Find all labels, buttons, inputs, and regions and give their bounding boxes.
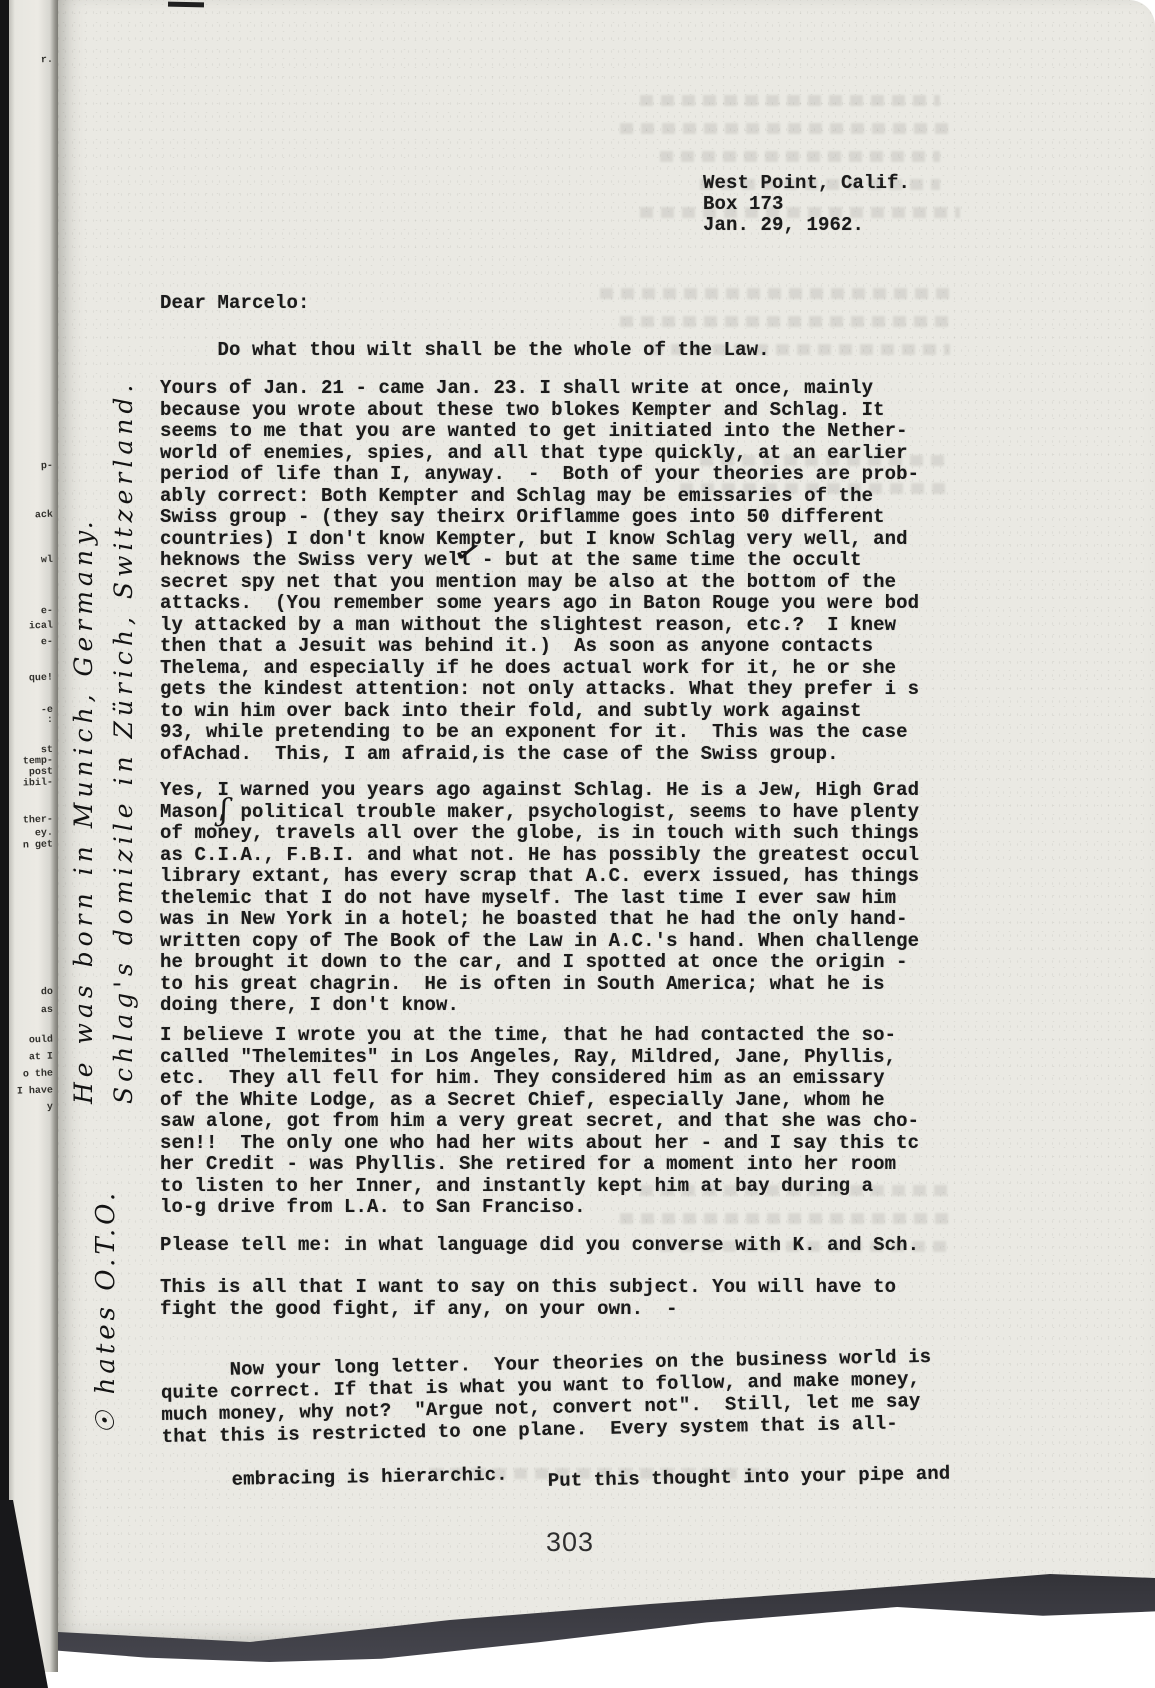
bleedthrough-line bbox=[620, 316, 950, 327]
page-edge-text-fragment: e- bbox=[41, 638, 53, 648]
page-edge-text-fragment: ibil- bbox=[23, 778, 53, 789]
page-edge-text-fragment: ould bbox=[29, 1036, 53, 1047]
page-edge-text-fragment: do bbox=[41, 988, 53, 998]
page-edge-text-fragment: n get bbox=[23, 840, 53, 851]
page-edge-text-fragment: wl bbox=[41, 556, 53, 566]
page-edge-text-fragment: : bbox=[47, 716, 53, 726]
bleedthrough-line bbox=[620, 123, 950, 134]
margin-note-munich-line: He was born in Munich, Germany. bbox=[64, 312, 104, 1104]
letter-paragraph-4: Please tell me: in what language did you… bbox=[160, 1235, 919, 1257]
letter-paragraph-6-tail: Put this thought into your pipe and bbox=[548, 1463, 951, 1492]
page-edge-text-fragment: p- bbox=[41, 462, 53, 472]
page-edge-text-fragment: as bbox=[41, 1006, 53, 1016]
bleedthrough-line bbox=[600, 288, 950, 299]
page-number: 303 bbox=[520, 1527, 620, 1557]
book-gutter-shadow bbox=[0, 0, 9, 1688]
previous-page-edge: r.p-ackwle-icale-que!-e:sttemp-postibil-… bbox=[8, 0, 58, 1672]
margin-note-schlag: He was born in Munich, Germany. Schlag's… bbox=[64, 312, 144, 1104]
letter-paragraph-3: I believe I wrote you at the time, that … bbox=[160, 1025, 919, 1219]
photo-artifact-mark bbox=[168, 2, 204, 8]
thelema-law-line: Do what thou wilt shall be the whole of … bbox=[160, 340, 770, 362]
handwritten-check-mark: ✓ bbox=[450, 534, 485, 570]
letter-paragraph-6-lastline: embracing is hierarchic.Put this thought… bbox=[231, 1456, 910, 1490]
page-edge-text-fragment: e- bbox=[41, 607, 53, 617]
page-edge-text-fragment: y bbox=[47, 1103, 53, 1113]
letter-paragraph-6-last: embracing is hierarchic. bbox=[231, 1464, 507, 1491]
page-edge-text-fragment: ey. bbox=[35, 829, 53, 840]
letter-salutation: Dear Marcelo: bbox=[160, 293, 310, 315]
page-edge-text-fragment: ack bbox=[35, 511, 53, 522]
letter-paragraph-6-lines: Now your long letter. Your theories on t… bbox=[161, 1346, 932, 1448]
page-edge-text-fragment: ical bbox=[29, 622, 53, 633]
letter-header-block: West Point, Calif. Box 173 Jan. 29, 1962… bbox=[703, 173, 910, 236]
letter-paragraph-1: Yours of Jan. 21 - came Jan. 23. I shall… bbox=[160, 378, 919, 765]
margin-note-zurich-line: Schlag's domizile in Zürich, Switzerland… bbox=[104, 312, 144, 1104]
letter-page: West Point, Calif. Box 173 Jan. 29, 1962… bbox=[58, 0, 1155, 1648]
letter-paragraph-2: Yes, I warned you years ago against Schl… bbox=[160, 780, 919, 1017]
letter-paragraph-6: Now your long letter. Your theories on t… bbox=[160, 1324, 934, 1514]
page-edge-text-fragment: I have bbox=[17, 1086, 53, 1097]
book-page-photo: West Point, Calif. Box 173 Jan. 29, 1962… bbox=[0, 0, 1155, 1688]
page-edge-text-fragment: at I bbox=[29, 1053, 53, 1064]
handwritten-caret-mark: ʃ bbox=[220, 793, 228, 828]
letter-paragraph-5: This is all that I want to say on this s… bbox=[160, 1277, 896, 1320]
bleedthrough-line bbox=[660, 151, 940, 162]
page-edge-text-fragment: ther- bbox=[23, 815, 53, 826]
margin-note-hates-oto: ☉ hates O.T.O. bbox=[86, 1189, 126, 1434]
page-edge-text-fragment: que! bbox=[29, 674, 53, 685]
page-edge-text-fragment: r. bbox=[41, 56, 53, 66]
page-edge-text-fragment: o the bbox=[23, 1069, 53, 1080]
bleedthrough-line bbox=[640, 95, 940, 106]
